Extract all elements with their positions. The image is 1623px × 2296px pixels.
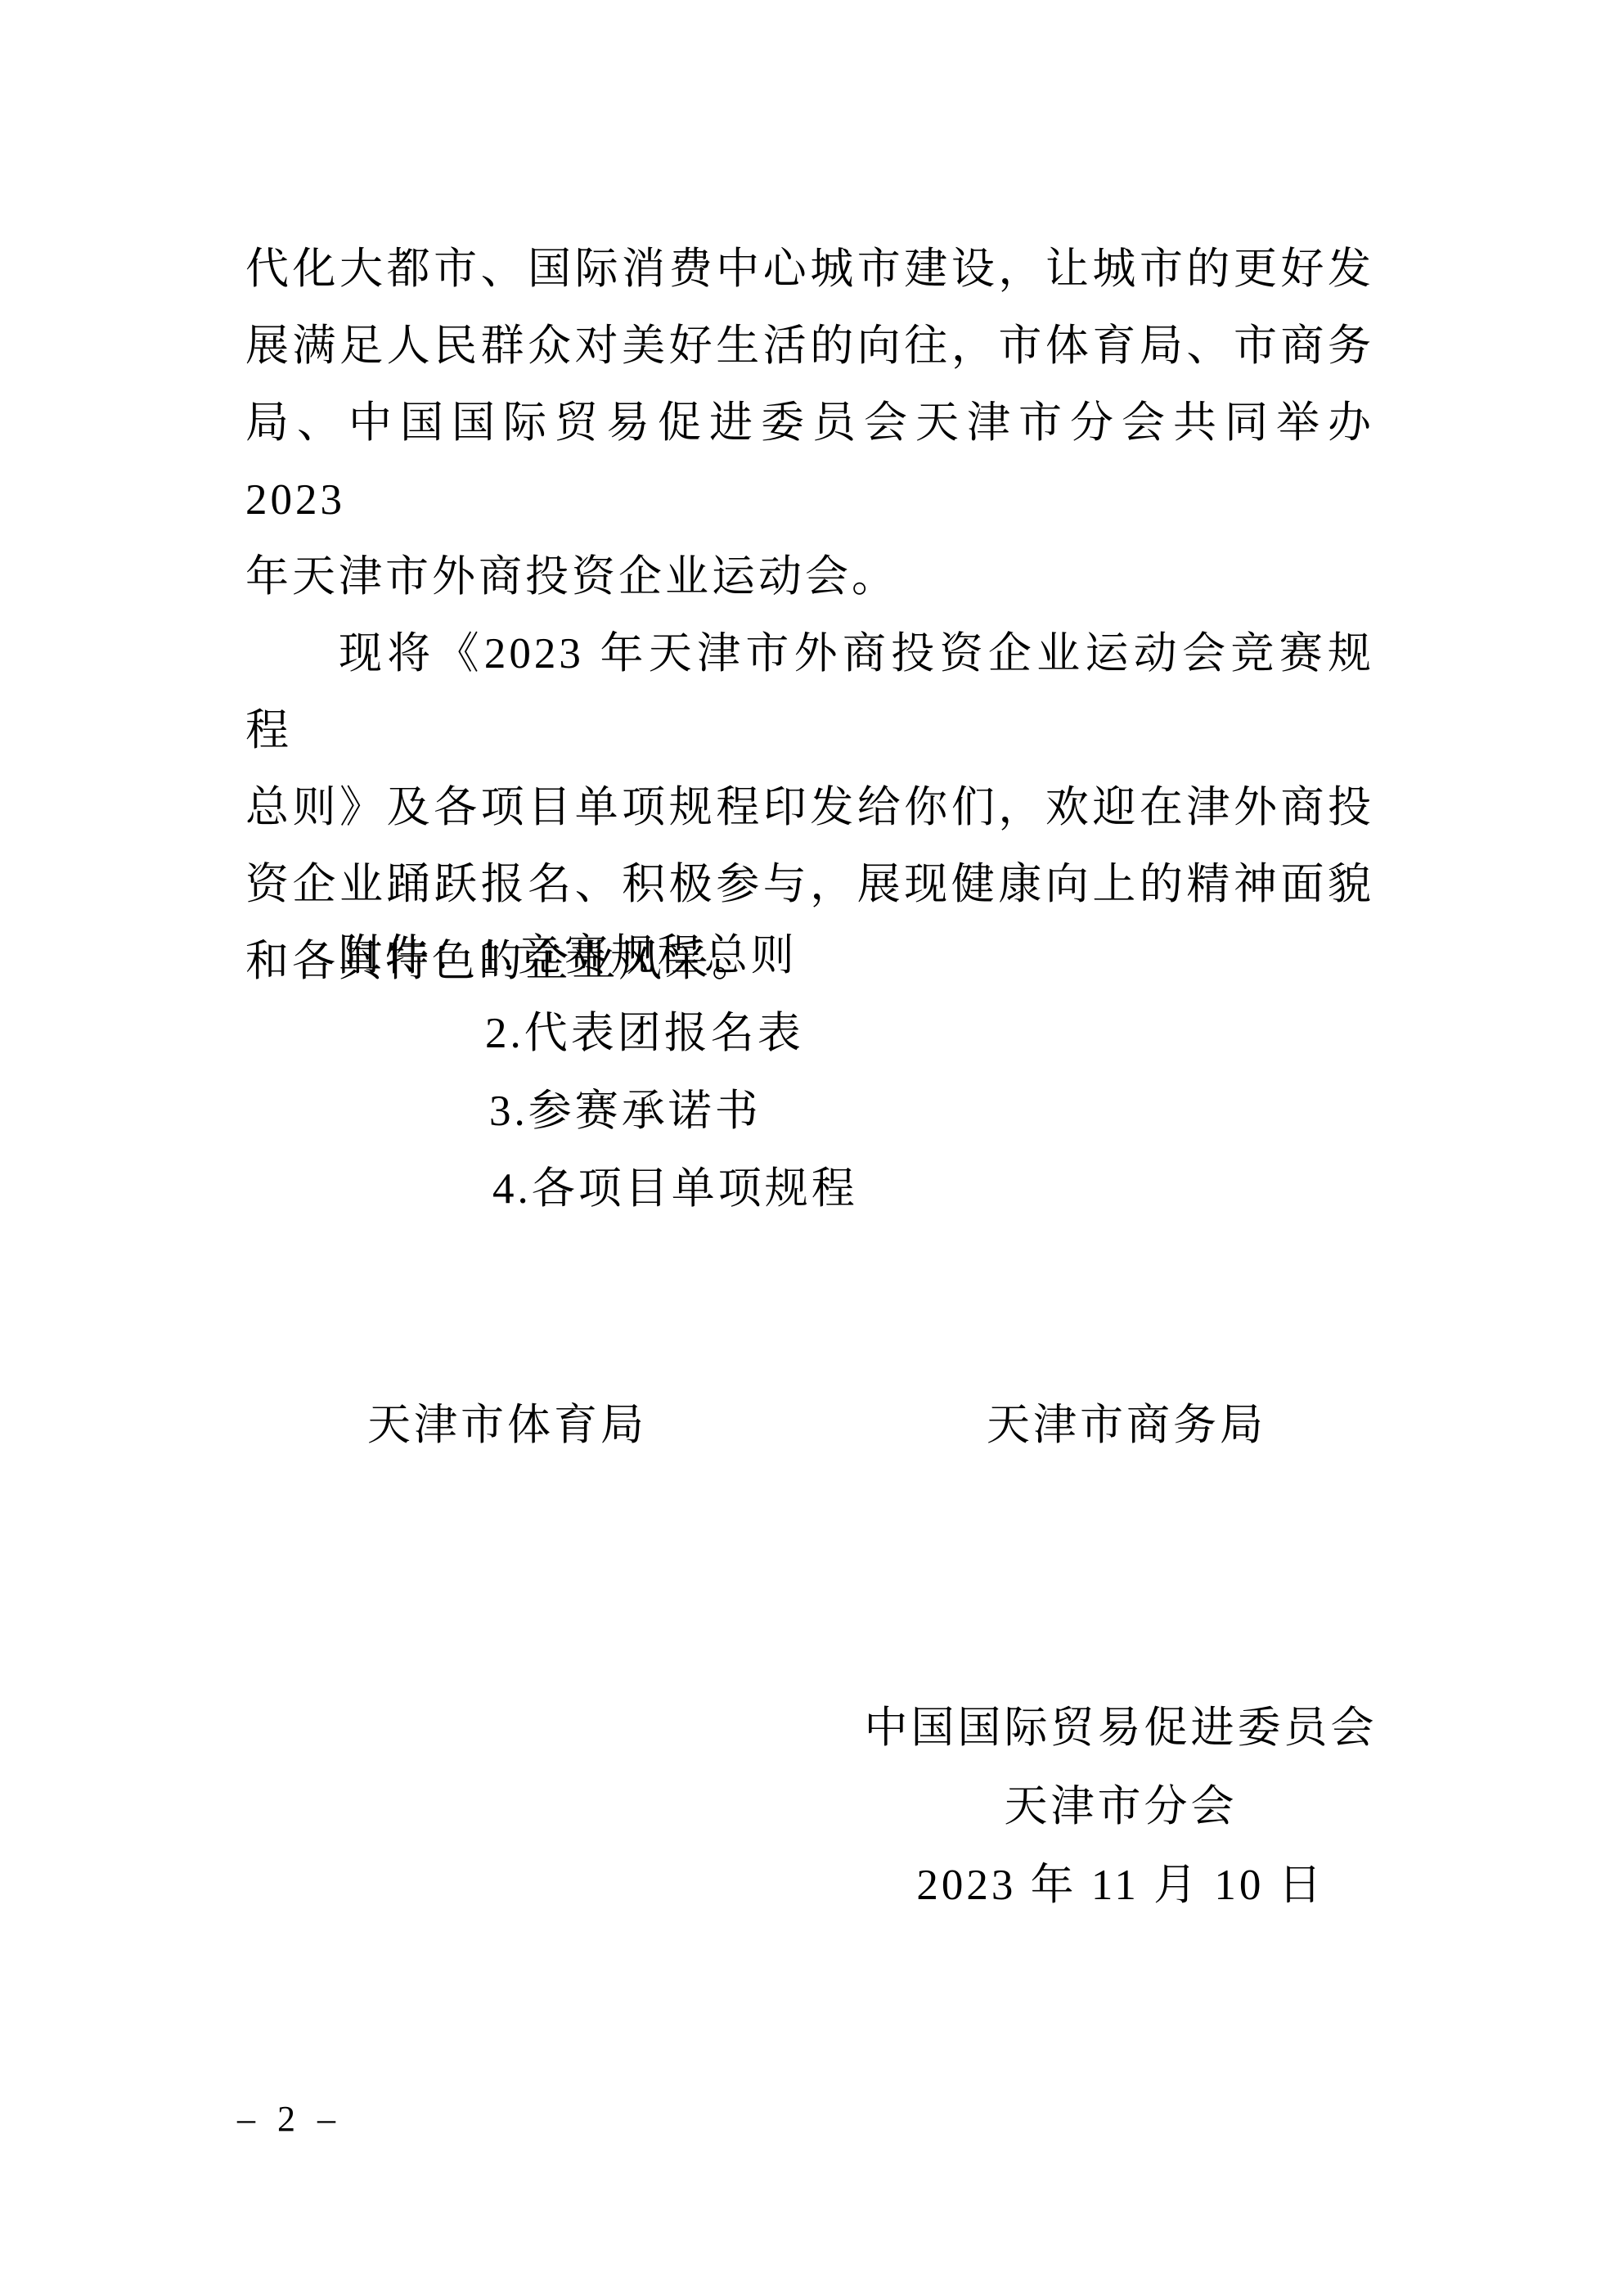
signature-sports-bureau: 天津市体育局 [367,1386,647,1465]
issuer-branch: 天津市分会 [851,1767,1391,1846]
page-number: – 2 – [237,2095,342,2144]
document-page: 代化大都市、国际消费中心城市建设，让城市的更好发 展满足人民群众对美好生活的向往… [0,0,1623,2296]
body-line: 资企业踊跃报名、积极参与，展现健康向上的精神面貌 [245,846,1374,923]
attachment-label: 附件： [339,932,479,979]
attachment-list: 附件：1.竞赛规程总则 2.代表团报名表 3.参赛承诺书 4.各项目单项规程 [245,917,1374,1228]
attachment-item: 2.代表团报名表 [245,995,1374,1073]
signature-commerce-bureau: 天津市商务局 [987,1386,1266,1465]
body-line: 代化大都市、国际消费中心城市建设，让城市的更好发 [245,231,1374,308]
attachment-item: 3.参赛承诺书 [245,1073,1374,1150]
issuer-block: 中国国际贸易促进委员会 天津市分会 2023 年 11 月 10 日 [851,1689,1391,1925]
body-line: 总则》及各项目单项规程印发给你们，欢迎在津外商投 [245,769,1374,846]
body-text: 代化大都市、国际消费中心城市建设，让城市的更好发 展满足人民群众对美好生活的向往… [245,231,1374,1000]
body-line: 局、中国国际贸易促进委员会天津市分会共同举办 2023 [245,385,1374,538]
issue-date: 2023 年 11 月 10 日 [851,1846,1391,1925]
attachment-line: 附件：1.竞赛规程总则 [245,917,1374,995]
attachment-item: 1.竞赛规程总则 [479,932,798,979]
body-line: 现将《2023 年天津市外商投资企业运动会竞赛规程 [245,615,1374,769]
body-line: 展满足人民群众对美好生活的向往，市体育局、市商务 [245,308,1374,385]
attachment-item: 4.各项目单项规程 [245,1150,1374,1228]
body-line: 年天津市外商投资企业运动会。 [245,538,1374,615]
issuer-name: 中国国际贸易促进委员会 [851,1689,1391,1767]
